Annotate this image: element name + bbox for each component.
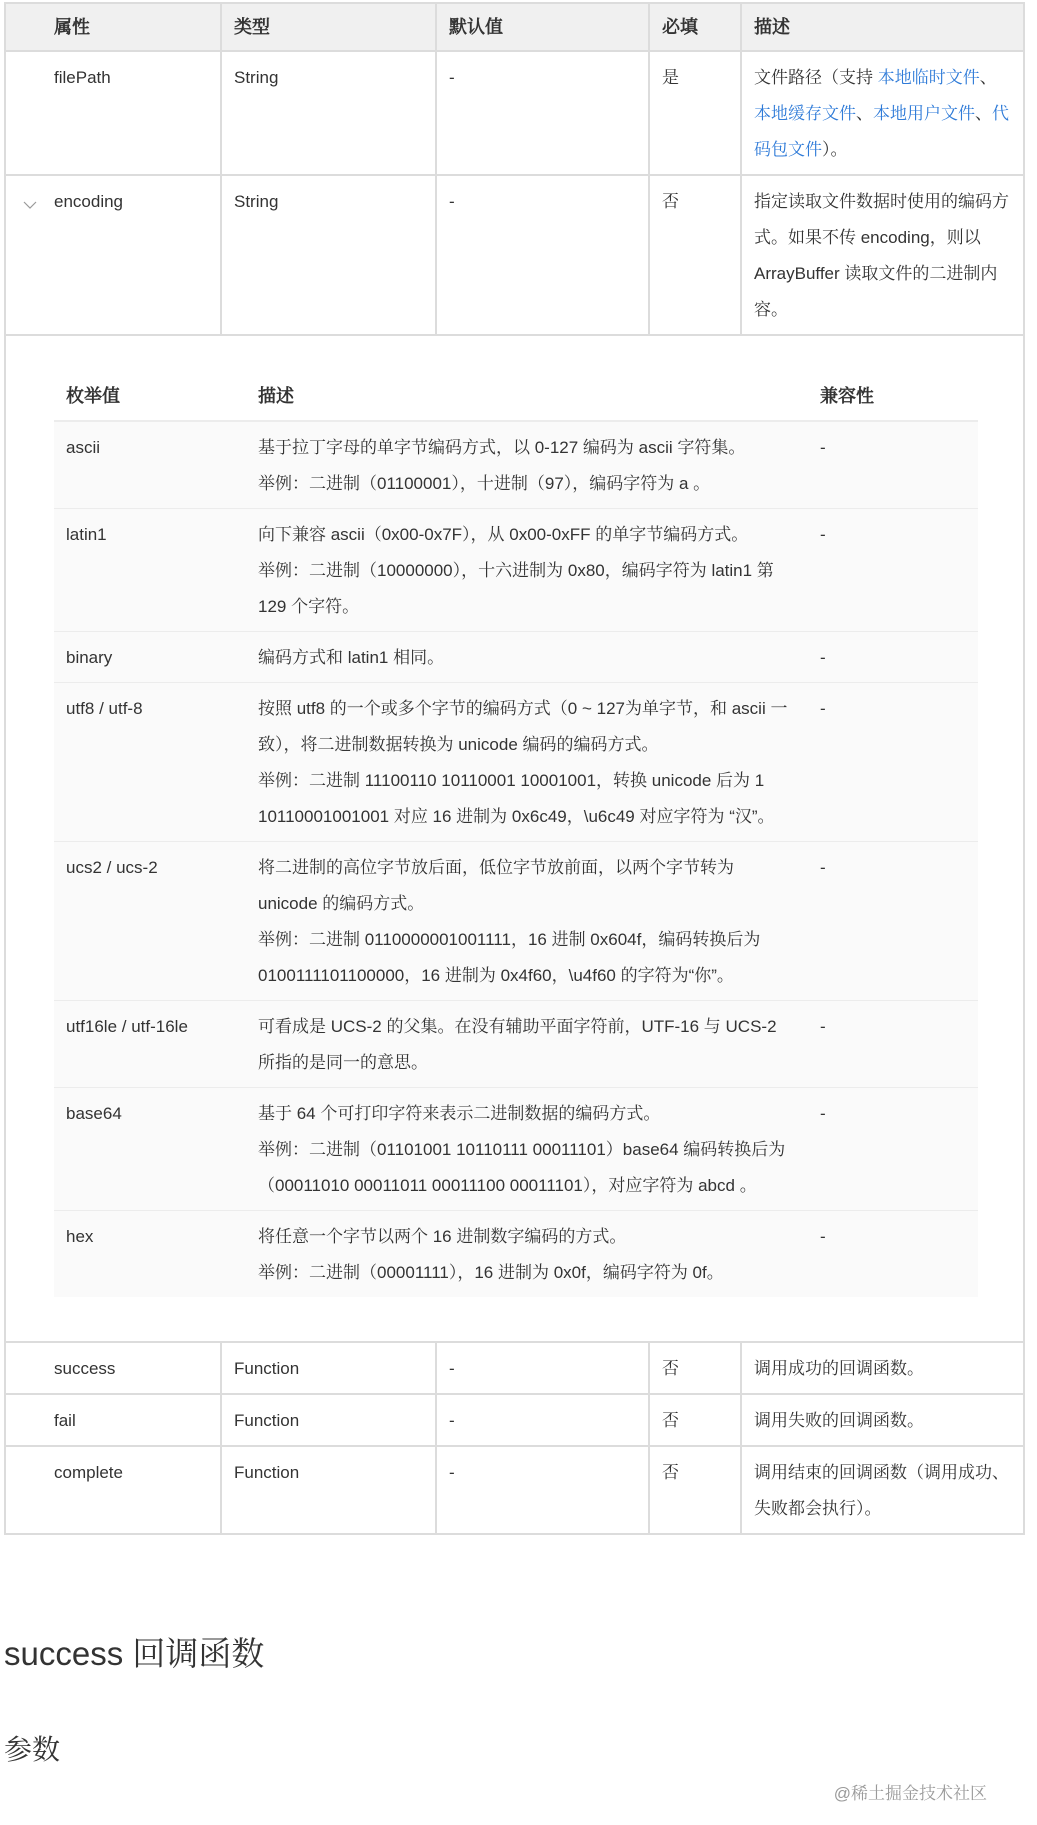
header-required: 必填	[649, 3, 741, 51]
param-name: filePath	[5, 51, 221, 175]
encoding-expanded-row: 枚举值 描述 兼容性 ascii 基于拉丁字母的单字节编码方式，以 0-127 …	[5, 335, 1024, 1342]
enum-description: 将任意一个字节以两个 16 进制数字编码的方式。举例：二进制（00001111）…	[246, 1211, 808, 1298]
enum-value: ascii	[54, 421, 246, 509]
param-type: Function	[221, 1394, 436, 1446]
param-name: encoding	[54, 192, 123, 211]
enum-description: 向下兼容 ascii（0x00-0x7F），从 0x00-0xFF 的单字节编码…	[246, 509, 808, 632]
desc-suffix: ）。	[822, 140, 848, 159]
enum-description: 基于 64 个可打印字符来表示二进制数据的编码方式。举例：二进制（0110100…	[246, 1088, 808, 1211]
param-required: 否	[649, 175, 741, 335]
enum-compat: -	[808, 683, 978, 842]
enum-compat: -	[808, 1088, 978, 1211]
enum-value: utf16le / utf-16le	[54, 1001, 246, 1088]
enum-row: hex 将任意一个字节以两个 16 进制数字编码的方式。举例：二进制（00001…	[54, 1211, 978, 1298]
encoding-enum-container: 枚举值 描述 兼容性 ascii 基于拉丁字母的单字节编码方式，以 0-127 …	[5, 335, 1024, 1342]
enum-description: 编码方式和 latin1 相同。	[246, 632, 808, 683]
section-title: success 回调函数	[4, 1628, 264, 1675]
param-default: -	[436, 1394, 649, 1446]
param-default: -	[436, 51, 649, 175]
enum-row: binary 编码方式和 latin1 相同。 -	[54, 632, 978, 683]
desc-line: 举例：二进制（10000000），十六进制为 0x80，编码字符为 latin1…	[258, 553, 796, 625]
enum-value: base64	[54, 1088, 246, 1211]
param-required: 否	[649, 1342, 741, 1394]
table-row-success: success Function - 否 调用成功的回调函数。	[5, 1342, 1024, 1394]
separator: 、	[975, 104, 992, 123]
table-row-complete: complete Function - 否 调用结束的回调函数（调用成功、失败都…	[5, 1446, 1024, 1534]
enum-row: utf16le / utf-16le 可看成是 UCS-2 的父集。在没有辅助平…	[54, 1001, 978, 1088]
enum-value: binary	[54, 632, 246, 683]
chevron-down-icon[interactable]	[22, 190, 38, 206]
param-description: 调用失败的回调函数。	[741, 1394, 1024, 1446]
header-enum-value: 枚举值	[54, 372, 246, 421]
enum-row: base64 基于 64 个可打印字符来表示二进制数据的编码方式。举例：二进制（…	[54, 1088, 978, 1211]
enum-row: utf8 / utf-8 按照 utf8 的一个或多个字节的编码方式（0 ~ 1…	[54, 683, 978, 842]
header-default: 默认值	[436, 3, 649, 51]
subsection-title: 参数	[4, 1728, 60, 1768]
param-name: complete	[5, 1446, 221, 1534]
param-description: 指定读取文件数据时使用的编码方式。如果不传 encoding，则以 ArrayB…	[741, 175, 1024, 335]
param-required: 否	[649, 1446, 741, 1534]
enum-compat: -	[808, 1211, 978, 1298]
desc-line: 将二进制的高位字节放后面，低位字节放前面，以两个字节转为 unicode 的编码…	[258, 850, 796, 922]
enum-header-row: 枚举值 描述 兼容性	[54, 372, 978, 421]
enum-compat: -	[808, 509, 978, 632]
table-row-encoding: encoding String - 否 指定读取文件数据时使用的编码方式。如果不…	[5, 175, 1024, 335]
desc-line: 举例：二进制 11100110 10110001 10001001，转换 uni…	[258, 763, 796, 835]
param-required: 否	[649, 1394, 741, 1446]
enum-description: 可看成是 UCS-2 的父集。在没有辅助平面字符前，UTF-16 与 UCS-2…	[246, 1001, 808, 1088]
param-name: fail	[5, 1394, 221, 1446]
table-row-filepath: filePath String - 是 文件路径（支持 本地临时文件、本地缓存文…	[5, 51, 1024, 175]
enum-compat: -	[808, 842, 978, 1001]
desc-line: 编码方式和 latin1 相同。	[258, 640, 796, 676]
param-default: -	[436, 175, 649, 335]
encoding-enum-table: 枚举值 描述 兼容性 ascii 基于拉丁字母的单字节编码方式，以 0-127 …	[54, 372, 978, 1297]
param-name: success	[5, 1342, 221, 1394]
param-type: Function	[221, 1446, 436, 1534]
desc-line: 举例：二进制（01101001 10110111 00011101）base64…	[258, 1132, 796, 1204]
enum-value: ucs2 / ucs-2	[54, 842, 246, 1001]
enum-compat: -	[808, 1001, 978, 1088]
enum-compat: -	[808, 421, 978, 509]
table-row-fail: fail Function - 否 调用失败的回调函数。	[5, 1394, 1024, 1446]
header-compat: 兼容性	[808, 372, 978, 421]
desc-line: 按照 utf8 的一个或多个字节的编码方式（0 ~ 127为单字节，和 asci…	[258, 691, 796, 763]
param-description: 调用结束的回调函数（调用成功、失败都会执行）。	[741, 1446, 1024, 1534]
separator: 、	[856, 104, 873, 123]
enum-value: latin1	[54, 509, 246, 632]
enum-value: utf8 / utf-8	[54, 683, 246, 842]
enum-compat: -	[808, 632, 978, 683]
enum-row: ucs2 / ucs-2 将二进制的高位字节放后面，低位字节放前面，以两个字节转…	[54, 842, 978, 1001]
header-description: 描述	[741, 3, 1024, 51]
link-local-cache-file[interactable]: 本地缓存文件	[754, 104, 856, 123]
header-enum-description: 描述	[246, 372, 808, 421]
desc-line: 举例：二进制（00001111），16 进制为 0x0f，编码字符为 0f。	[258, 1255, 796, 1291]
desc-line: 基于拉丁字母的单字节编码方式，以 0-127 编码为 ascii 字符集。	[258, 430, 796, 466]
desc-line: 将任意一个字节以两个 16 进制数字编码的方式。	[258, 1219, 796, 1255]
desc-prefix: 文件路径（支持	[754, 68, 878, 87]
param-description: 文件路径（支持 本地临时文件、本地缓存文件、本地用户文件、代码包文件）。	[741, 51, 1024, 175]
enum-row: latin1 向下兼容 ascii（0x00-0x7F），从 0x00-0xFF…	[54, 509, 978, 632]
enum-row: ascii 基于拉丁字母的单字节编码方式，以 0-127 编码为 ascii 字…	[54, 421, 978, 509]
params-table: 属性 类型 默认值 必填 描述 filePath String - 是 文件路径…	[4, 2, 1025, 1535]
param-name-cell: encoding	[5, 175, 221, 335]
param-default: -	[436, 1446, 649, 1534]
desc-line: 基于 64 个可打印字符来表示二进制数据的编码方式。	[258, 1096, 796, 1132]
link-local-user-file[interactable]: 本地用户文件	[873, 104, 975, 123]
header-property: 属性	[5, 3, 221, 51]
param-default: -	[436, 1342, 649, 1394]
enum-value: hex	[54, 1211, 246, 1298]
header-type: 类型	[221, 3, 436, 51]
enum-description: 将二进制的高位字节放后面，低位字节放前面，以两个字节转为 unicode 的编码…	[246, 842, 808, 1001]
param-type: Function	[221, 1342, 436, 1394]
params-header-row: 属性 类型 默认值 必填 描述	[5, 3, 1024, 51]
enum-description: 基于拉丁字母的单字节编码方式，以 0-127 编码为 ascii 字符集。举例：…	[246, 421, 808, 509]
desc-line: 向下兼容 ascii（0x00-0x7F），从 0x00-0xFF 的单字节编码…	[258, 517, 796, 553]
link-local-temp-file[interactable]: 本地临时文件	[878, 68, 980, 87]
param-type: String	[221, 175, 436, 335]
desc-line: 可看成是 UCS-2 的父集。在没有辅助平面字符前，UTF-16 与 UCS-2…	[258, 1009, 796, 1081]
enum-description: 按照 utf8 的一个或多个字节的编码方式（0 ~ 127为单字节，和 asci…	[246, 683, 808, 842]
desc-line: 举例：二进制（01100001），十进制（97），编码字符为 a 。	[258, 466, 796, 502]
param-required: 是	[649, 51, 741, 175]
param-description: 调用成功的回调函数。	[741, 1342, 1024, 1394]
desc-line: 举例：二进制 0110000001001111，16 进制 0x604f，编码转…	[258, 922, 796, 994]
separator: 、	[980, 68, 997, 87]
param-type: String	[221, 51, 436, 175]
watermark: @稀土掘金技术社区	[834, 1779, 987, 1804]
